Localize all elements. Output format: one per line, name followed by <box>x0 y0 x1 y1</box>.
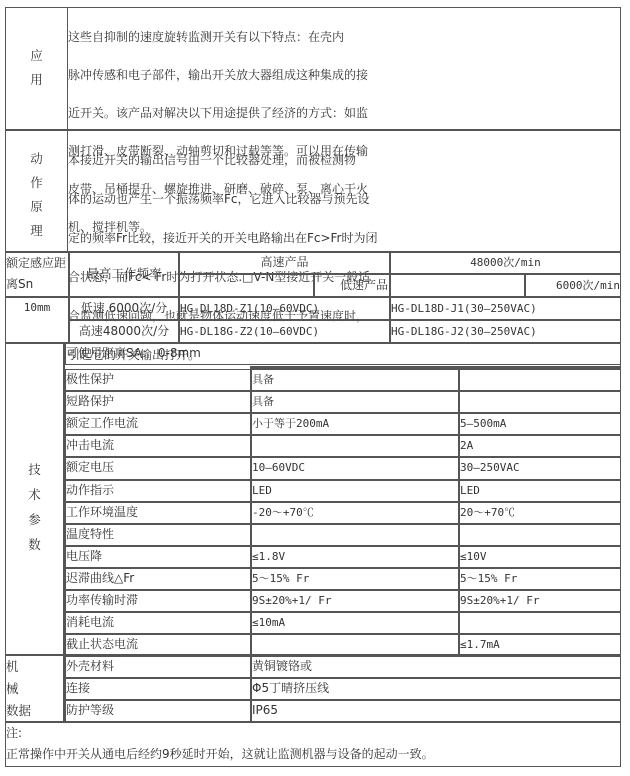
param-name: 短路保护 <box>66 392 114 411</box>
text-line: 这些自抑制的速度旋转监测开关有以下特点：在壳内 <box>68 28 368 47</box>
high-speed-value: 48000次/min <box>390 253 621 272</box>
param-ac-value: 9S±20%+1/ Fr <box>460 591 539 610</box>
param-ac-value: 30—250VAC <box>460 458 520 477</box>
param-ac-value: LED <box>460 481 480 500</box>
distance-value: 10mm <box>5 298 69 317</box>
param-dc-value: 5～15% Fr <box>252 569 309 588</box>
tech-params-label: 技 术 参 数 <box>6 457 63 557</box>
param-name: 消耗电流 <box>66 613 114 632</box>
param-dc-cell <box>251 435 459 457</box>
param-ac-cell <box>459 391 621 413</box>
sensing-distance-label: 额定感应距离Sn <box>6 253 68 295</box>
max-freq-label: 最高工作频率 <box>69 264 179 283</box>
param-dc-value: 10—60VDC <box>252 458 305 477</box>
param-dc-value: 具备 <box>252 370 274 389</box>
param-ac-value: 2A <box>460 436 473 455</box>
note-title: 注: <box>6 724 22 743</box>
param-name: 功率传输时滞 <box>66 591 138 610</box>
mech-value: 黄铜镀铬或 <box>252 657 312 676</box>
application-label: 应 用 <box>6 44 67 92</box>
text-line: 脉冲传感和电子部件，输出开关放大器组成这种集成的接 <box>68 66 368 85</box>
param-name: 冲击电流 <box>66 436 114 455</box>
param-ac-cell <box>459 369 621 391</box>
mechanical-label: 机 械 数据 <box>6 656 63 722</box>
mech-name: 防护等级 <box>66 701 114 720</box>
param-ac-cell <box>459 435 621 457</box>
freq-row-dc-model: HG-DL18G-Z2(10—60VDC) <box>180 322 319 341</box>
text-line: 定的频率Fr比较，接近开关的开关电路输出在Fc>Fr时为闭 <box>68 229 377 249</box>
freq-row-ac-model: HG-DL18D-J1(30—250VAC) <box>391 299 537 318</box>
param-dc-cell <box>251 634 459 655</box>
note-text: 正常操作中开关从通电后经约9秒延时开始，这就让监测机器与设备的起动一致。 <box>6 745 434 764</box>
freq-row-speed: 低速 6000次/分 <box>69 299 179 318</box>
text-line: 近开关。该产品对解决以下用途提供了经济的方式：如监 <box>68 104 368 123</box>
freq-row-ac-model: HG-DL18G-J2(30—250VAC) <box>391 322 537 341</box>
param-dc-cell <box>251 480 459 502</box>
low-speed-product-label: 低速产品 <box>314 276 388 295</box>
param-ac-cell <box>459 612 621 634</box>
param-dc-value: ≤10mA <box>252 613 285 632</box>
freq-row-speed: 高速48000次/分 <box>69 322 179 341</box>
param-name: 动作指示 <box>66 481 114 500</box>
usable-distance: 可使用距离SA： 0-8mm <box>66 344 201 363</box>
high-speed-product-label: 高速产品 <box>179 253 390 272</box>
mech-value: Φ5丁晴挤压线 <box>252 679 329 698</box>
param-ac-value: 20～+70℃ <box>460 503 515 522</box>
param-ac-cell <box>459 480 621 502</box>
empty-cell <box>179 274 314 297</box>
param-ac-value: 5—500mA <box>460 414 506 433</box>
param-name: 额定电压 <box>66 458 114 477</box>
param-dc-cell <box>251 524 459 546</box>
param-name: 额定工作电流 <box>66 414 138 433</box>
param-name: 工作环境温度 <box>66 503 138 522</box>
param-dc-value: LED <box>252 481 272 500</box>
text-line: 体的运动也产生一个振荡频率Fc，它进入比较器与预先设 <box>68 190 377 210</box>
param-dc-value: 小于等于200mA <box>252 414 329 433</box>
param-dc-value: -20～+70℃ <box>252 503 314 522</box>
freq-row-dc-model: HG-DL18D-Z1(10—60VDC) <box>180 299 319 318</box>
empty-cell <box>390 274 525 297</box>
param-dc-cell <box>251 369 459 391</box>
param-ac-cell <box>459 524 621 546</box>
mech-value-cell <box>251 700 621 722</box>
param-ac-value: 5～15% Fr <box>460 569 517 588</box>
param-name: 截止状态电流 <box>66 635 138 654</box>
mech-name: 外壳材料 <box>66 657 114 676</box>
param-dc-cell <box>251 391 459 413</box>
param-dc-value: 9S±20%+1/ Fr <box>252 591 331 610</box>
text-line: 本接近开关的输出信号由一个比较器处理，而被检测物 <box>68 151 377 171</box>
param-dc-value: 具备 <box>252 392 274 411</box>
param-ac-value: ≤1.7mA <box>460 635 500 654</box>
mech-name: 连接 <box>66 679 90 698</box>
param-name: 迟滞曲线△Fr <box>66 569 134 588</box>
principle-label: 动 作 原 理 <box>6 147 67 243</box>
mech-name-cell <box>65 678 251 700</box>
param-ac-value: ≤10V <box>460 547 487 566</box>
low-speed-value: 6000次/min <box>525 276 620 295</box>
mech-value: IP65 <box>252 701 278 720</box>
param-dc-value: ≤1.8V <box>252 547 285 566</box>
param-name: 温度特性 <box>66 525 114 544</box>
param-name: 极性保护 <box>66 370 114 389</box>
param-name: 电压降 <box>66 547 102 566</box>
